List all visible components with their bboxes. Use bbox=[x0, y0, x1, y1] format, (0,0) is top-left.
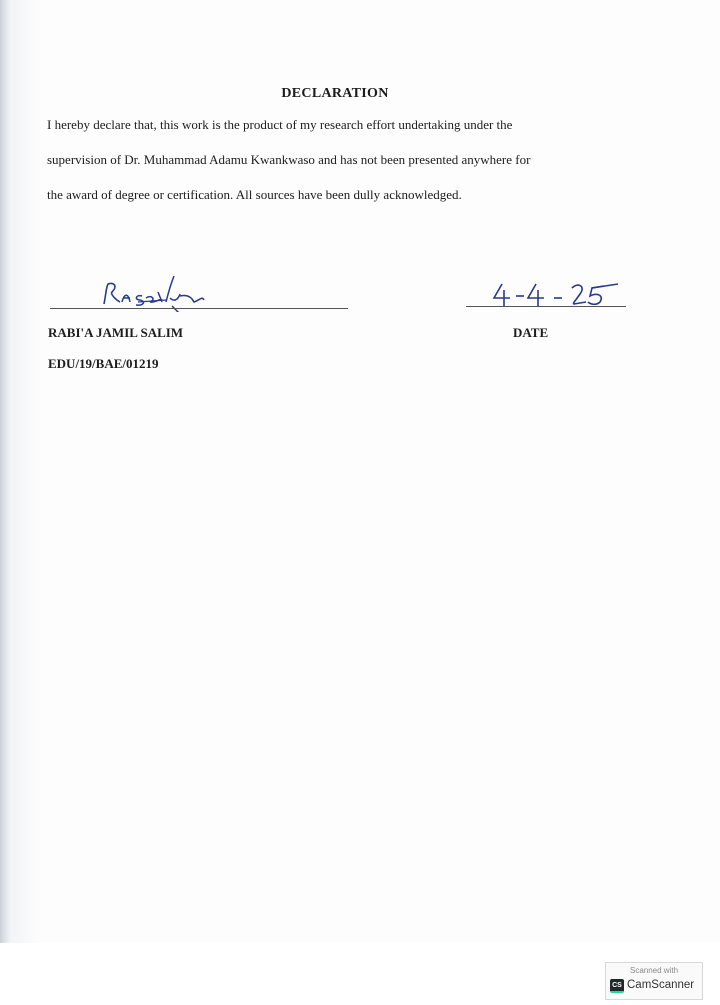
scanned-page: DECLARATION I hereby declare that, this … bbox=[0, 0, 720, 943]
handwritten-date: 4-4-25 bbox=[492, 280, 622, 308]
camscanner-watermark: Scanned with CS CamScanner bbox=[605, 962, 703, 1000]
watermark-brand: CamScanner bbox=[627, 979, 694, 991]
document-title: DECLARATION bbox=[0, 86, 670, 102]
date-label: DATE bbox=[513, 325, 548, 341]
camscanner-logo-icon: CS bbox=[610, 979, 624, 993]
scan-shadow-edge bbox=[0, 0, 12, 943]
paragraph-line: supervision of Dr. Muhammad Adamu Kwankw… bbox=[47, 142, 623, 177]
handwritten-signature: RAsatu bbox=[100, 272, 230, 312]
date-line bbox=[466, 306, 626, 307]
declaration-paragraph: I hereby declare that, this work is the … bbox=[47, 107, 623, 212]
paragraph-line: I hereby declare that, this work is the … bbox=[47, 107, 623, 142]
watermark-caption: Scanned with bbox=[606, 966, 702, 975]
student-name: RABI'A JAMIL SALIM bbox=[48, 325, 183, 341]
paragraph-line: the award of degree or certification. Al… bbox=[47, 177, 623, 212]
signature-line bbox=[50, 308, 348, 309]
registration-number: EDU/19/BAE/01219 bbox=[48, 356, 159, 372]
scan-shadow-fade bbox=[12, 0, 40, 943]
